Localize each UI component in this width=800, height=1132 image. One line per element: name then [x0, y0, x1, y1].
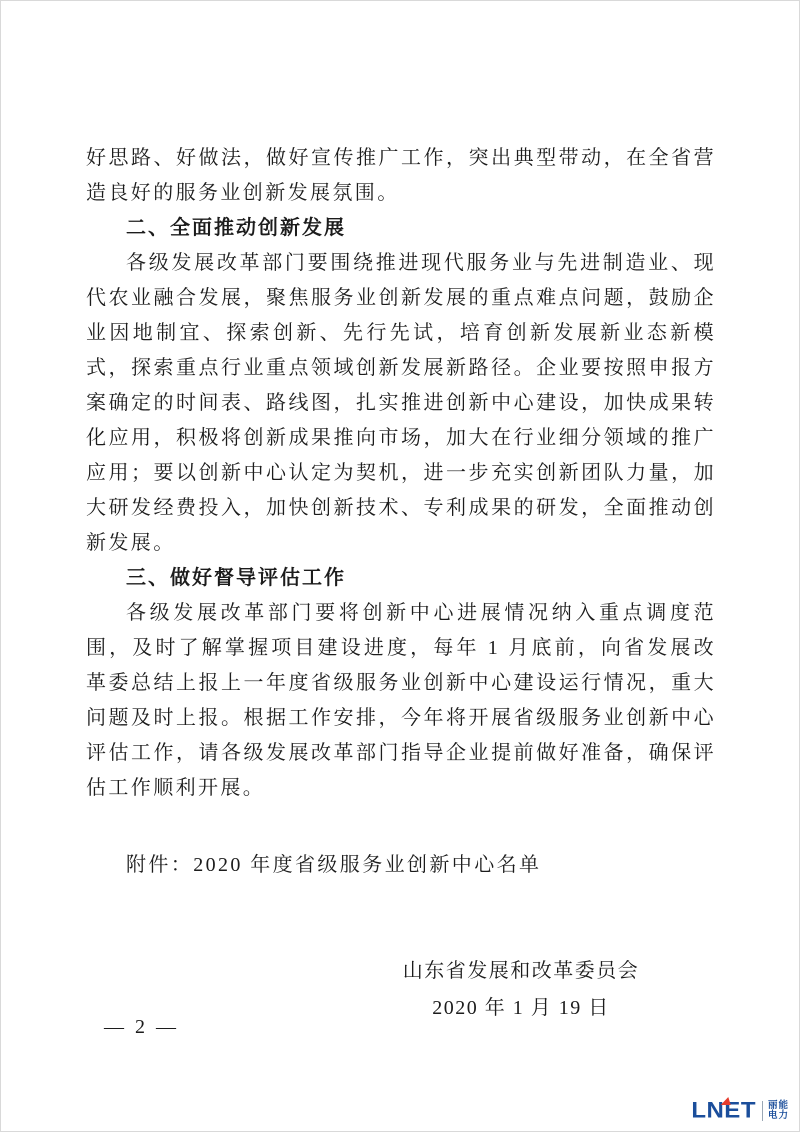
attachment-line: 附件：2020 年度省级服务业创新中心名单 [86, 848, 716, 883]
paragraph-continuation: 好思路、好做法，做好宣传推广工作，突出典型带动，在全省营造良好的服务业创新发展氛… [86, 141, 716, 211]
section-heading-2: 二、全面推动创新发展 [86, 211, 716, 246]
paragraph-section-3: 各级发展改革部门要将创新中心进展情况纳入重点调度范围，及时了解掌握项目建设进度，… [86, 596, 716, 806]
logo-wordmark: LNET [691, 1098, 762, 1124]
logo-subtitle: 丽能 电力 [768, 1101, 789, 1122]
logo-subtitle-line2: 电力 [768, 1111, 789, 1122]
paragraph-section-2: 各级发展改革部门要围绕推进现代服务业与先进制造业、现代农业融合发展，聚焦服务业创… [86, 246, 716, 561]
section-heading-3: 三、做好督导评估工作 [86, 561, 716, 596]
signature-block: 山东省发展和改革委员会 2020 年 1 月 19 日 [361, 953, 681, 1027]
signature-organization: 山东省发展和改革委员会 [361, 953, 681, 990]
page-number: — 2 — [104, 1016, 179, 1039]
document-body: 好思路、好做法，做好宣传推广工作，突出典型带动，在全省营造良好的服务业创新发展氛… [86, 141, 716, 1027]
signature-date: 2020 年 1 月 19 日 [361, 990, 681, 1027]
document-page: 好思路、好做法，做好宣传推广工作，突出典型带动，在全省营造良好的服务业创新发展氛… [0, 0, 800, 1132]
lnet-logo: LNET 丽能 电力 [691, 1098, 789, 1124]
logo-divider [762, 1101, 763, 1121]
